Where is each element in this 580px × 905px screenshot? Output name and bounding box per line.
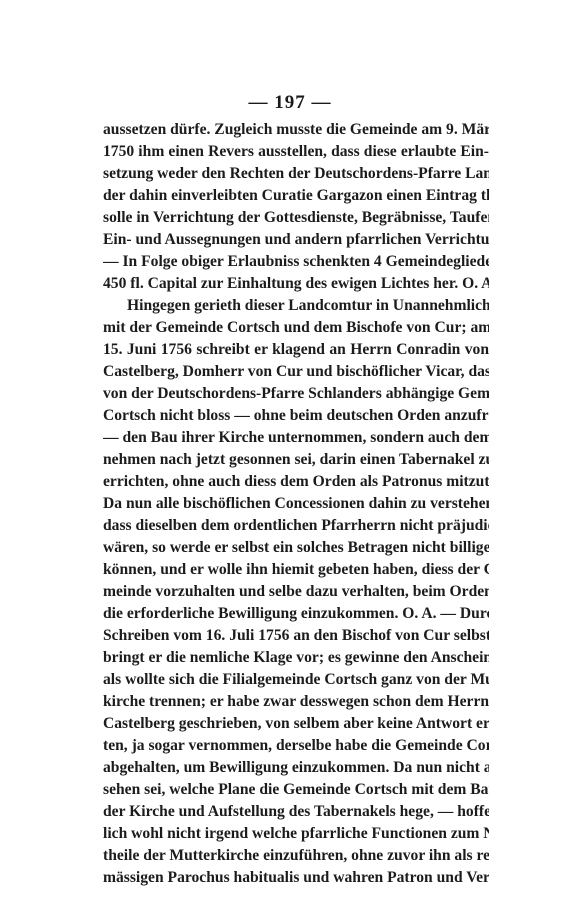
- text-line: 450 fl. Capital zur Einhaltung des ewige…: [103, 273, 489, 295]
- text-line: Cortsch nicht bloss — ohne beim deutsche…: [103, 405, 489, 427]
- text-line: aussetzen dürfe. Zugleich musste die Gem…: [103, 119, 489, 141]
- text-line: theile der Mutterkirche einzuführen, ohn…: [103, 845, 489, 867]
- text-line: Castelberg, Domherr von Cur und bischöfl…: [103, 361, 489, 383]
- page-number: — 197 —: [0, 92, 580, 114]
- text-line: von der Deutschordens-Pfarre Schlanders …: [103, 383, 489, 405]
- text-line: — In Folge obiger Erlaubniss schenkten 4…: [103, 251, 489, 273]
- text-line: bringt er die nemliche Klage vor; es gew…: [103, 647, 489, 669]
- text-line: die erforderliche Bewilligung einzukomme…: [103, 603, 489, 625]
- text-line: Hingegen gerieth dieser Landcomtur in Un…: [103, 295, 489, 317]
- text-line: — den Bau ihrer Kirche unternommen, sond…: [103, 427, 489, 449]
- text-line: 15. Juni 1756 schreibt er klagend an Her…: [103, 339, 489, 361]
- text-line: der Kirche und Aufstellung des Tabernake…: [103, 801, 489, 823]
- text-line: mit der Gemeinde Cortsch und dem Bischof…: [103, 317, 489, 339]
- text-line: Da nun alle bischöflichen Concessionen d…: [103, 493, 489, 515]
- text-line: können, und er wolle ihn hiemit gebeten …: [103, 559, 489, 581]
- text-line: Ein- und Aussegnungen und andern pfarrli…: [103, 229, 489, 251]
- text-line: ten, ja sogar vernommen, derselbe habe d…: [103, 735, 489, 757]
- text-line: wären, so werde er selbst ein solches Be…: [103, 537, 489, 559]
- text-line: als wollte sich die Filialgemeinde Corts…: [103, 669, 489, 691]
- text-line: 1750 ihm einen Revers ausstellen, dass d…: [103, 141, 489, 163]
- text-line: sehen sei, welche Plane die Gemeinde Cor…: [103, 779, 489, 801]
- text-line: solle in Verrichtung der Gottesdienste, …: [103, 207, 489, 229]
- text-line: Schreiben vom 16. Juli 1756 an den Bisch…: [103, 625, 489, 647]
- text-line: setzung weder den Rechten der Deutschord…: [103, 163, 489, 185]
- text-line: dass dieselben dem ordentlichen Pfarrher…: [103, 515, 489, 537]
- body-text: aussetzen dürfe. Zugleich musste die Gem…: [103, 119, 489, 889]
- text-line: lich wohl nicht irgend welche pfarrliche…: [103, 823, 489, 845]
- text-line: Castelberg geschrieben, von selbem aber …: [103, 713, 489, 735]
- text-line: meinde vorzuhalten und selbe dazu verhal…: [103, 581, 489, 603]
- text-line: kirche trennen; er habe zwar desswegen s…: [103, 691, 489, 713]
- text-line: abgehalten, um Bewilligung einzukommen. …: [103, 757, 489, 779]
- text-line: der dahin einverleibten Curatie Gargazon…: [103, 185, 489, 207]
- text-line: errichten, ohne auch diess dem Orden als…: [103, 471, 489, 493]
- text-line: nehmen nach jetzt gesonnen sei, darin ei…: [103, 449, 489, 471]
- text-line: mässigen Parochus habitualis und wahren …: [103, 867, 489, 889]
